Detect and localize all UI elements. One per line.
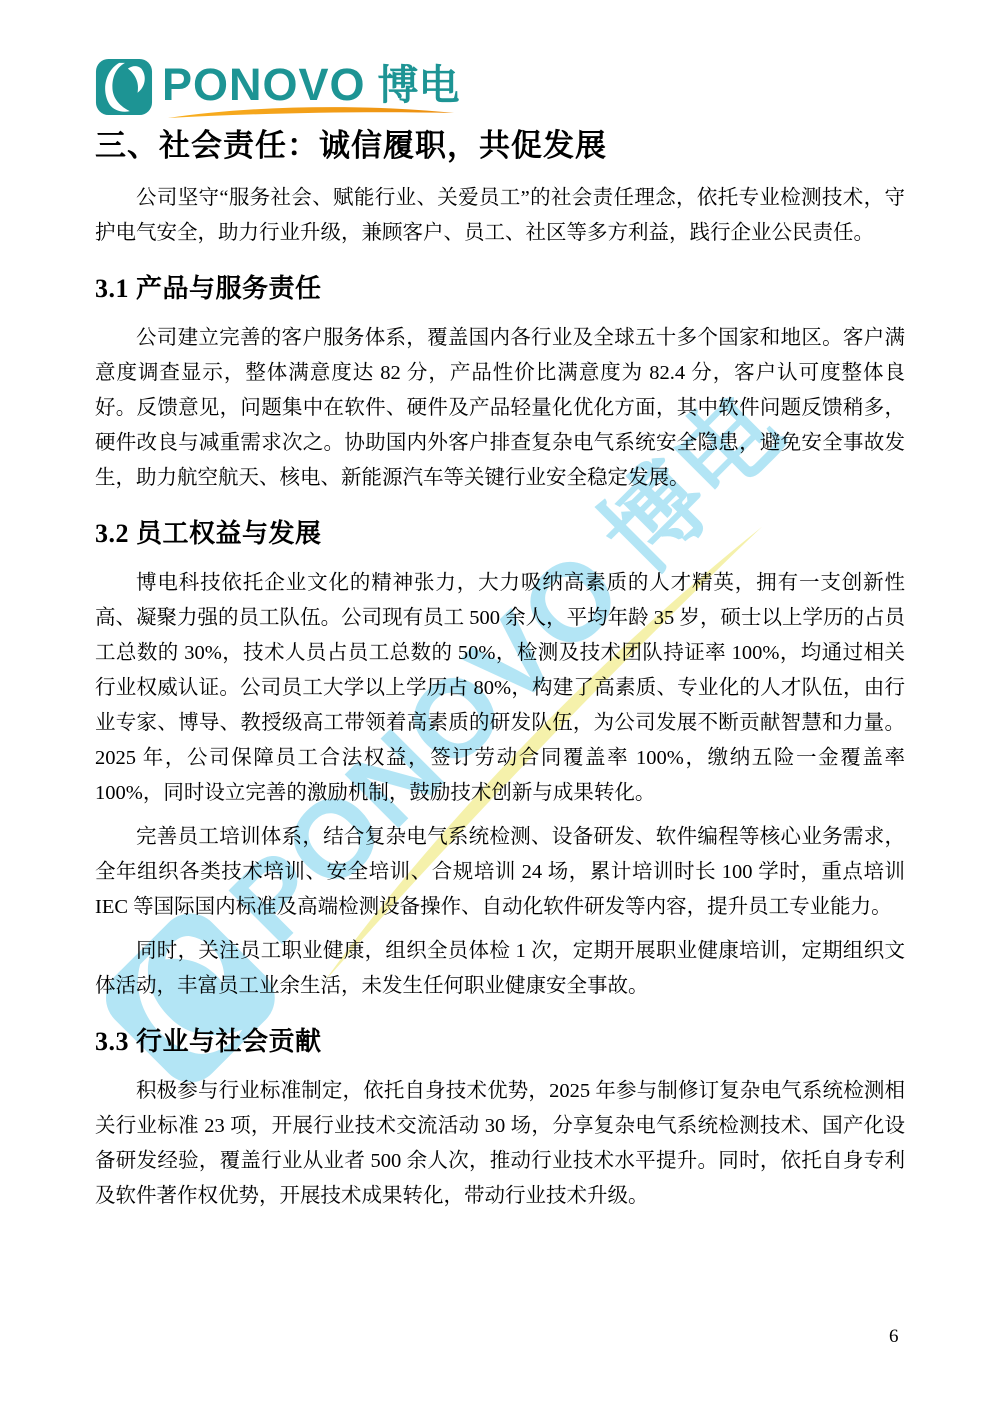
- section-3-1-paragraph: 公司建立完善的客户服务体系，覆盖国内各行业及全球五十多个国家和地区。客户满意度调…: [95, 321, 905, 496]
- section-3-3-paragraph: 积极参与行业标准制定，依托自身技术优势，2025 年参与制修订复杂电气系统检测相…: [95, 1074, 905, 1214]
- section-3-2-paragraph-3: 同时，关注员工职业健康，组织全员体检 1 次，定期开展职业健康培训，定期组织文体…: [95, 934, 905, 1004]
- section-heading-3-3: 3.3 行业与社会贡献: [95, 1025, 905, 1059]
- section-3-2-paragraph-2: 完善员工培训体系，结合复杂电气系统检测、设备研发、软件编程等核心业务需求，全年组…: [95, 820, 905, 925]
- brand-name-latin: PONOVO: [162, 62, 366, 108]
- page-number: 6: [889, 1326, 899, 1348]
- document-content: PONOVO 博电 三、社会责任：诚信履职，共促发展: [0, 0, 1000, 1414]
- brand-name-cjk: 博电: [378, 62, 460, 108]
- page-title: 三、社会责任：诚信履职，共促发展: [95, 126, 905, 166]
- section-heading-3-2: 3.2 员工权益与发展: [95, 517, 905, 551]
- logo-underline-swoosh-icon: [166, 107, 456, 125]
- document-page: PONOVO 博电 PONOVO 博电: [0, 0, 1000, 1414]
- ponovo-swoosh-icon: [95, 58, 153, 116]
- company-logo: PONOVO 博电: [95, 58, 905, 122]
- section-3-2-paragraph-1: 博电科技依托企业文化的精神张力，大力吸纳高素质的人才精英，拥有一支创新性高、凝聚…: [95, 566, 905, 811]
- section-heading-3-1: 3.1 产品与服务责任: [95, 272, 905, 306]
- intro-paragraph: 公司坚守“服务社会、赋能行业、关爱员工”的社会责任理念，依托专业检测技术，守护电…: [95, 181, 905, 251]
- brand-wordmark: PONOVO 博电: [162, 58, 460, 108]
